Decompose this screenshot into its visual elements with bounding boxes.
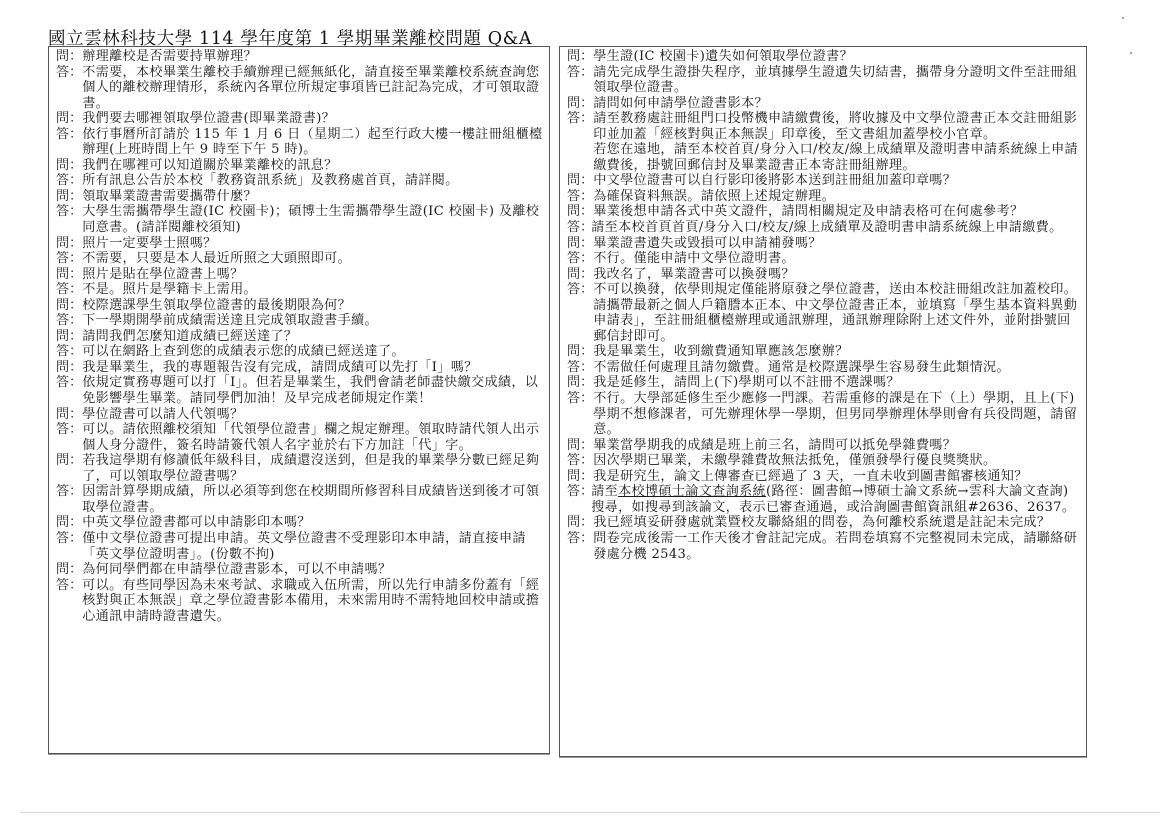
question-text: 我是研究生，論文上傳審查已經過了 3 天，一直未收到圖書館審核通知？ xyxy=(593,469,1080,485)
question-item: 問：畢業後想申請各式中英文證件，請問相關規定及申請表格可在何處參考？ xyxy=(567,204,1080,220)
answer-marker: 答： xyxy=(567,220,593,236)
answer-text: 請至本校博碩士論文查詢系統(路徑：圖書館→博碩士論文系統→雲科大論文查詢)搜尋，… xyxy=(591,484,1080,515)
answer-item: 答：不可以換發，依學則規定僅能將原發之學位證書，送由本校註冊組改註加蓋校印。請攜… xyxy=(567,282,1080,344)
answer-marker: 答： xyxy=(567,391,593,438)
answer-continuation: 若您在遠地，請至本校首頁/身分入口/校友/線上成績單及證明書申請系統線上申請繳費… xyxy=(567,142,1080,173)
scan-speck xyxy=(1122,17,1124,19)
question-item: 問：學生證(IC 校園卡)遺失如何領取學位證書？ xyxy=(567,49,1080,65)
question-item: 問：為何同學們都在申請學位證書影本，可以不申請嗎？ xyxy=(56,562,543,578)
answer-item: 答：因次學期已畢業，未繳學雜費故無法抵免，僅頒發學行優良獎獎狀。 xyxy=(567,453,1080,469)
answer-marker: 答： xyxy=(56,313,82,329)
question-marker: 問： xyxy=(56,236,82,252)
question-marker: 問： xyxy=(56,158,82,174)
answer-marker: 答： xyxy=(56,422,82,453)
answer-marker: 答： xyxy=(567,111,593,142)
answer-marker: 答： xyxy=(56,531,82,562)
right-box-shadow xyxy=(559,757,1087,758)
answer-item: 答：不是。照片是學籍卡上需用。 xyxy=(56,282,543,298)
faq-column-right: 問：學生證(IC 校園卡)遺失如何領取學位證書？答：請先完成學生證掛失程序，並填… xyxy=(559,46,1087,757)
answer-item: 答：大學生需攜帶學生證(IC 校園卡)；碩博士生需攜帶學生證(IC 校園卡) 及… xyxy=(56,204,543,235)
answer-item: 答：可以。請依照離校須知「代領學位證書」欄之規定辦理。領取時請代領人出示個人身分… xyxy=(56,422,543,453)
answer-text: 不需要，只要是本人最近所照之大頭照即可。 xyxy=(82,251,543,267)
answer-text: 可以。請依照離校須知「代領學位證書」欄之規定辦理。領取時請代領人出示個人身分證件… xyxy=(82,422,543,453)
question-marker: 問： xyxy=(567,49,593,65)
scan-edge-line xyxy=(20,812,1160,813)
question-text: 我已經填妥研發處就業暨校友聯絡組的問卷，為何離校系統還是註記未完成？ xyxy=(593,515,1080,531)
answer-marker: 答： xyxy=(56,251,82,267)
question-marker: 問： xyxy=(567,469,593,485)
question-marker: 問： xyxy=(567,236,593,252)
answer-item: 答：問卷完成後需一工作天後才會註記完成。若問卷填寫不完整視同未完成，請聯絡研發處… xyxy=(567,531,1080,562)
answer-item: 答：不行。僅能申請中文學位證明書。 xyxy=(567,251,1080,267)
question-text: 辦理離校是否需要持單辦理？ xyxy=(82,49,543,65)
answer-item: 答：下一學期開學前成績需送達且完成領取證書手續。 xyxy=(56,313,543,329)
answer-text: 不需做任何處理且請勿繳費。通常是校際選課學生容易發生此類情況。 xyxy=(593,360,1080,376)
question-text: 畢業當學期我的成績是班上前三名，請問可以抵免學雜費嗎？ xyxy=(593,438,1080,454)
answer-text: 依行事曆所訂請於 115 年 1 月 6 日（星期二）起至行政大樓一樓註冊組櫃檯… xyxy=(82,127,543,158)
answer-marker: 答： xyxy=(567,453,593,469)
question-item: 問：我是畢業生，我的專題報告沒有完成，請問成績可以先打「I」嗎？ xyxy=(56,360,543,376)
question-text: 中英文學位證書都可以申請影印本嗎？ xyxy=(82,515,543,531)
question-marker: 問： xyxy=(567,375,593,391)
answer-marker: 答： xyxy=(567,282,593,344)
question-marker: 問： xyxy=(567,344,593,360)
answer-text: 不需要，本校畢業生離校手續辦理已經無紙化，請直接至畢業離校系統查詢您個人的離校辦… xyxy=(82,65,543,112)
question-marker: 問： xyxy=(56,267,82,283)
answer-marker: 答： xyxy=(56,344,82,360)
question-marker: 問： xyxy=(56,562,82,578)
question-item: 問：畢業當學期我的成績是班上前三名，請問可以抵免學雜費嗎？ xyxy=(567,438,1080,454)
question-item: 問：請問我們怎麼知道成績已經送達了？ xyxy=(56,329,543,345)
answer-item: 答：請至教務處註冊組門口投幣機申請繳費後，將收據及中文學位證書正本交註冊組影印並… xyxy=(567,111,1080,142)
question-text: 我改名了，畢業證書可以換發嗎？ xyxy=(593,267,1080,283)
answer-text: 僅中文學位證書可提出申請。英文學位證書不受理影印本申請，請直接申請「英文學位證明… xyxy=(82,531,543,562)
question-item: 問：中英文學位證書都可以申請影印本嗎？ xyxy=(56,515,543,531)
answer-text: 為確保資料無誤。請依照上述規定辦理。 xyxy=(593,189,1080,205)
answer-item: 答：請至本校博碩士論文查詢系統(路徑：圖書館→博碩士論文系統→雲科大論文查詢)搜… xyxy=(567,484,1080,515)
answer-text: 請至本校首頁首頁/身分入口/校友/線上成績單及證明書申請系統線上申請繳費。 xyxy=(591,220,1080,236)
left-box-shadow xyxy=(48,754,550,755)
answer-item: 答：僅中文學位證書可提出申請。英文學位證書不受理影印本申請，請直接申請「英文學位… xyxy=(56,531,543,562)
question-marker: 問： xyxy=(567,515,593,531)
answer-item: 答：可以。有些同學因為未來考試、求職或入伍所需，所以先行申請多份蓋有「經核對與正… xyxy=(56,578,543,625)
question-item: 問：校際選課學生領取學位證書的最後期限為何？ xyxy=(56,298,543,314)
question-item: 問：辦理離校是否需要持單辦理？ xyxy=(56,49,543,65)
question-text: 我是畢業生，我的專題報告沒有完成，請問成績可以先打「I」嗎？ xyxy=(82,360,543,376)
answer-text: 可以。有些同學因為未來考試、求職或入伍所需，所以先行申請多份蓋有「經核對與正本無… xyxy=(82,578,543,625)
answer-marker: 答： xyxy=(567,189,593,205)
question-text: 校際選課學生領取學位證書的最後期限為何？ xyxy=(82,298,543,314)
answer-text: 問卷完成後需一工作天後才會註記完成。若問卷填寫不完整視同未完成，請聯絡研發處分機… xyxy=(593,531,1080,562)
question-marker: 問： xyxy=(56,515,82,531)
answer-item: 答：可以在網路上查到您的成績表示您的成績已經送達了。 xyxy=(56,344,543,360)
question-item: 問：我是延修生，請問上(下)學期可以不註冊不選課嗎？ xyxy=(567,375,1080,391)
faq-column-left: 問：辦理離校是否需要持單辦理？答：不需要，本校畢業生離校手續辦理已經無紙化，請直… xyxy=(48,46,550,754)
answer-marker: 答： xyxy=(567,65,593,96)
answer-marker: 答： xyxy=(56,173,82,189)
answer-text: 若您在遠地，請至本校首頁/身分入口/校友/線上成績單及證明書申請系統線上申請繳費… xyxy=(593,142,1080,173)
question-item: 問：照片一定要學士照嗎？ xyxy=(56,236,543,252)
answer-marker: 答： xyxy=(567,531,593,562)
answer-item: 答：為確保資料無誤。請依照上述規定辦理。 xyxy=(567,189,1080,205)
question-marker: 問： xyxy=(56,298,82,314)
column-divider xyxy=(549,46,550,754)
answer-marker: 答： xyxy=(567,251,593,267)
question-marker: 問： xyxy=(567,267,593,283)
question-text: 請問如何申請學位證書影本？ xyxy=(593,96,1080,112)
answer-text: 可以在網路上查到您的成績表示您的成績已經送達了。 xyxy=(82,344,543,360)
answer-text: 因需計算學期成績，所以必須等到您在校期間所修習科目成績皆送到後才可領取學位證書。 xyxy=(82,484,543,515)
scan-speck xyxy=(1130,52,1132,54)
thesis-search-link[interactable]: 本校博碩士論文查詢系統 xyxy=(618,484,766,499)
question-item: 問：畢業證書遺失或毀損可以申請補發嗎？ xyxy=(567,236,1080,252)
answer-text: 請先完成學生證掛失程序，並填據學生證遺失切結書，攜帶身分證明文件至註冊組領取學位… xyxy=(593,65,1080,96)
question-text: 畢業證書遺失或毀損可以申請補發嗎？ xyxy=(593,236,1080,252)
question-item: 問：我已經填妥研發處就業暨校友聯絡組的問卷，為何離校系統還是註記未完成？ xyxy=(567,515,1080,531)
answer-item: 答：不行。大學部延修生至少應修一門課。若需重修的課是在下（上）學期，且上(下)學… xyxy=(567,391,1080,438)
answer-marker: 答： xyxy=(56,375,82,406)
question-marker: 問： xyxy=(56,189,82,205)
answer-item: 答：不需要，只要是本人最近所照之大頭照即可。 xyxy=(56,251,543,267)
answer-item: 答：請至本校首頁首頁/身分入口/校友/線上成績單及證明書申請系統線上申請繳費。 xyxy=(567,220,1080,236)
question-marker: 問： xyxy=(56,329,82,345)
question-item: 問：領取畢業證書需要攜帶什麼？ xyxy=(56,189,543,205)
question-text: 照片一定要學士照嗎？ xyxy=(82,236,543,252)
answer-text: 下一學期開學前成績需送達且完成領取證書手續。 xyxy=(82,313,543,329)
answer-text: 請至教務處註冊組門口投幣機申請繳費後，將收據及中文學位證書正本交註冊組影印並加蓋… xyxy=(593,111,1080,142)
answer-text: 不可以換發，依學則規定僅能將原發之學位證書，送由本校註冊組改註加蓋校印。請攜帶最… xyxy=(593,282,1080,344)
answer-marker: 答： xyxy=(567,484,593,515)
question-text: 請問我們怎麼知道成績已經送達了？ xyxy=(82,329,543,345)
question-marker: 問： xyxy=(56,111,82,127)
question-text: 我們要去哪裡領取學位證書(即畢業證書)？ xyxy=(82,111,543,127)
question-item: 問：我改名了，畢業證書可以換發嗎？ xyxy=(567,267,1080,283)
question-text: 若我這學期有修讀低年級科目，成績還沒送到，但是我的畢業學分數已經足夠了，可以領取… xyxy=(82,453,543,484)
question-text: 畢業後想申請各式中英文證件，請問相關規定及申請表格可在何處參考？ xyxy=(593,204,1080,220)
question-item: 問：中文學位證書可以自行影印後將影本送到註冊組加蓋印章嗎？ xyxy=(567,173,1080,189)
answer-text: 不行。僅能申請中文學位證明書。 xyxy=(593,251,1080,267)
answer-item: 答：所有訊息公告於本校「教務資訊系統」及教務處首頁，請詳閱。 xyxy=(56,173,543,189)
answer-item: 答：依規定實務專題可以打「I」。但若是畢業生，我們會請老師盡快繳交成績，以免影響… xyxy=(56,375,543,406)
question-text: 中文學位證書可以自行影印後將影本送到註冊組加蓋印章嗎？ xyxy=(593,173,1080,189)
question-text: 學生證(IC 校園卡)遺失如何領取學位證書？ xyxy=(593,49,1080,65)
question-text: 我是延修生，請問上(下)學期可以不註冊不選課嗎？ xyxy=(593,375,1080,391)
question-text: 學位證書可以請人代領嗎？ xyxy=(82,407,543,423)
answer-text: 大學生需攜帶學生證(IC 校園卡)；碩博士生需攜帶學生證(IC 校園卡) 及離校… xyxy=(82,204,543,235)
question-text: 照片是貼在學位證書上嗎？ xyxy=(82,267,543,283)
answer-item: 答：因需計算學期成績，所以必須等到您在校期間所修習科目成績皆送到後才可領取學位證… xyxy=(56,484,543,515)
answer-text: 依規定實務專題可以打「I」。但若是畢業生，我們會請老師盡快繳交成績，以免影響學生… xyxy=(82,375,543,406)
answer-marker: 答： xyxy=(56,204,82,235)
question-marker: 問： xyxy=(56,49,82,65)
question-marker: 問： xyxy=(56,453,82,484)
question-marker: 問： xyxy=(567,96,593,112)
answer-item: 答：依行事曆所訂請於 115 年 1 月 6 日（星期二）起至行政大樓一樓註冊組… xyxy=(56,127,543,158)
question-marker: 問： xyxy=(567,438,593,454)
question-text: 我們在哪裡可以知道關於畢業離校的訊息？ xyxy=(82,158,543,174)
question-text: 領取畢業證書需要攜帶什麼？ xyxy=(82,189,543,205)
answer-text: 不行。大學部延修生至少應修一門課。若需重修的課是在下（上）學期，且上(下)學期不… xyxy=(593,391,1080,438)
question-marker: 問： xyxy=(56,360,82,376)
answer-marker: 答： xyxy=(56,65,82,112)
question-item: 問：我是研究生，論文上傳審查已經過了 3 天，一直未收到圖書館審核通知？ xyxy=(567,469,1080,485)
question-marker: 問： xyxy=(567,173,593,189)
answer-item: 答：請先完成學生證掛失程序，並填據學生證遺失切結書，攜帶身分證明文件至註冊組領取… xyxy=(567,65,1080,96)
answer-item: 答：不需做任何處理且請勿繳費。通常是校際選課學生容易發生此類情況。 xyxy=(567,360,1080,376)
answer-marker: 答： xyxy=(56,484,82,515)
question-marker: 問： xyxy=(567,204,593,220)
question-text: 我是畢業生，收到繳費通知單應該怎麼辦？ xyxy=(593,344,1080,360)
answer-marker: 答： xyxy=(56,127,82,158)
question-item: 問：我們在哪裡可以知道關於畢業離校的訊息？ xyxy=(56,158,543,174)
question-item: 問：若我這學期有修讀低年級科目，成績還沒送到，但是我的畢業學分數已經足夠了，可以… xyxy=(56,453,543,484)
question-item: 問：學位證書可以請人代領嗎？ xyxy=(56,407,543,423)
answer-marker: 答： xyxy=(56,578,82,625)
answer-marker: 答： xyxy=(56,282,82,298)
answer-text: 不是。照片是學籍卡上需用。 xyxy=(82,282,543,298)
answer-text: 所有訊息公告於本校「教務資訊系統」及教務處首頁，請詳閱。 xyxy=(82,173,543,189)
question-text: 為何同學們都在申請學位證書影本，可以不申請嗎？ xyxy=(82,562,543,578)
question-item: 問：照片是貼在學位證書上嗎？ xyxy=(56,267,543,283)
answer-marker: 答： xyxy=(567,360,593,376)
question-item: 問：請問如何申請學位證書影本？ xyxy=(567,96,1080,112)
answer-item: 答：不需要，本校畢業生離校手續辦理已經無紙化，請直接至畢業離校系統查詢您個人的離… xyxy=(56,65,543,112)
question-item: 問：我是畢業生，收到繳費通知單應該怎麼辦？ xyxy=(567,344,1080,360)
question-marker: 問： xyxy=(56,407,82,423)
answer-text: 因次學期已畢業，未繳學雜費故無法抵免，僅頒發學行優良獎獎狀。 xyxy=(593,453,1080,469)
question-item: 問：我們要去哪裡領取學位證書(即畢業證書)？ xyxy=(56,111,543,127)
